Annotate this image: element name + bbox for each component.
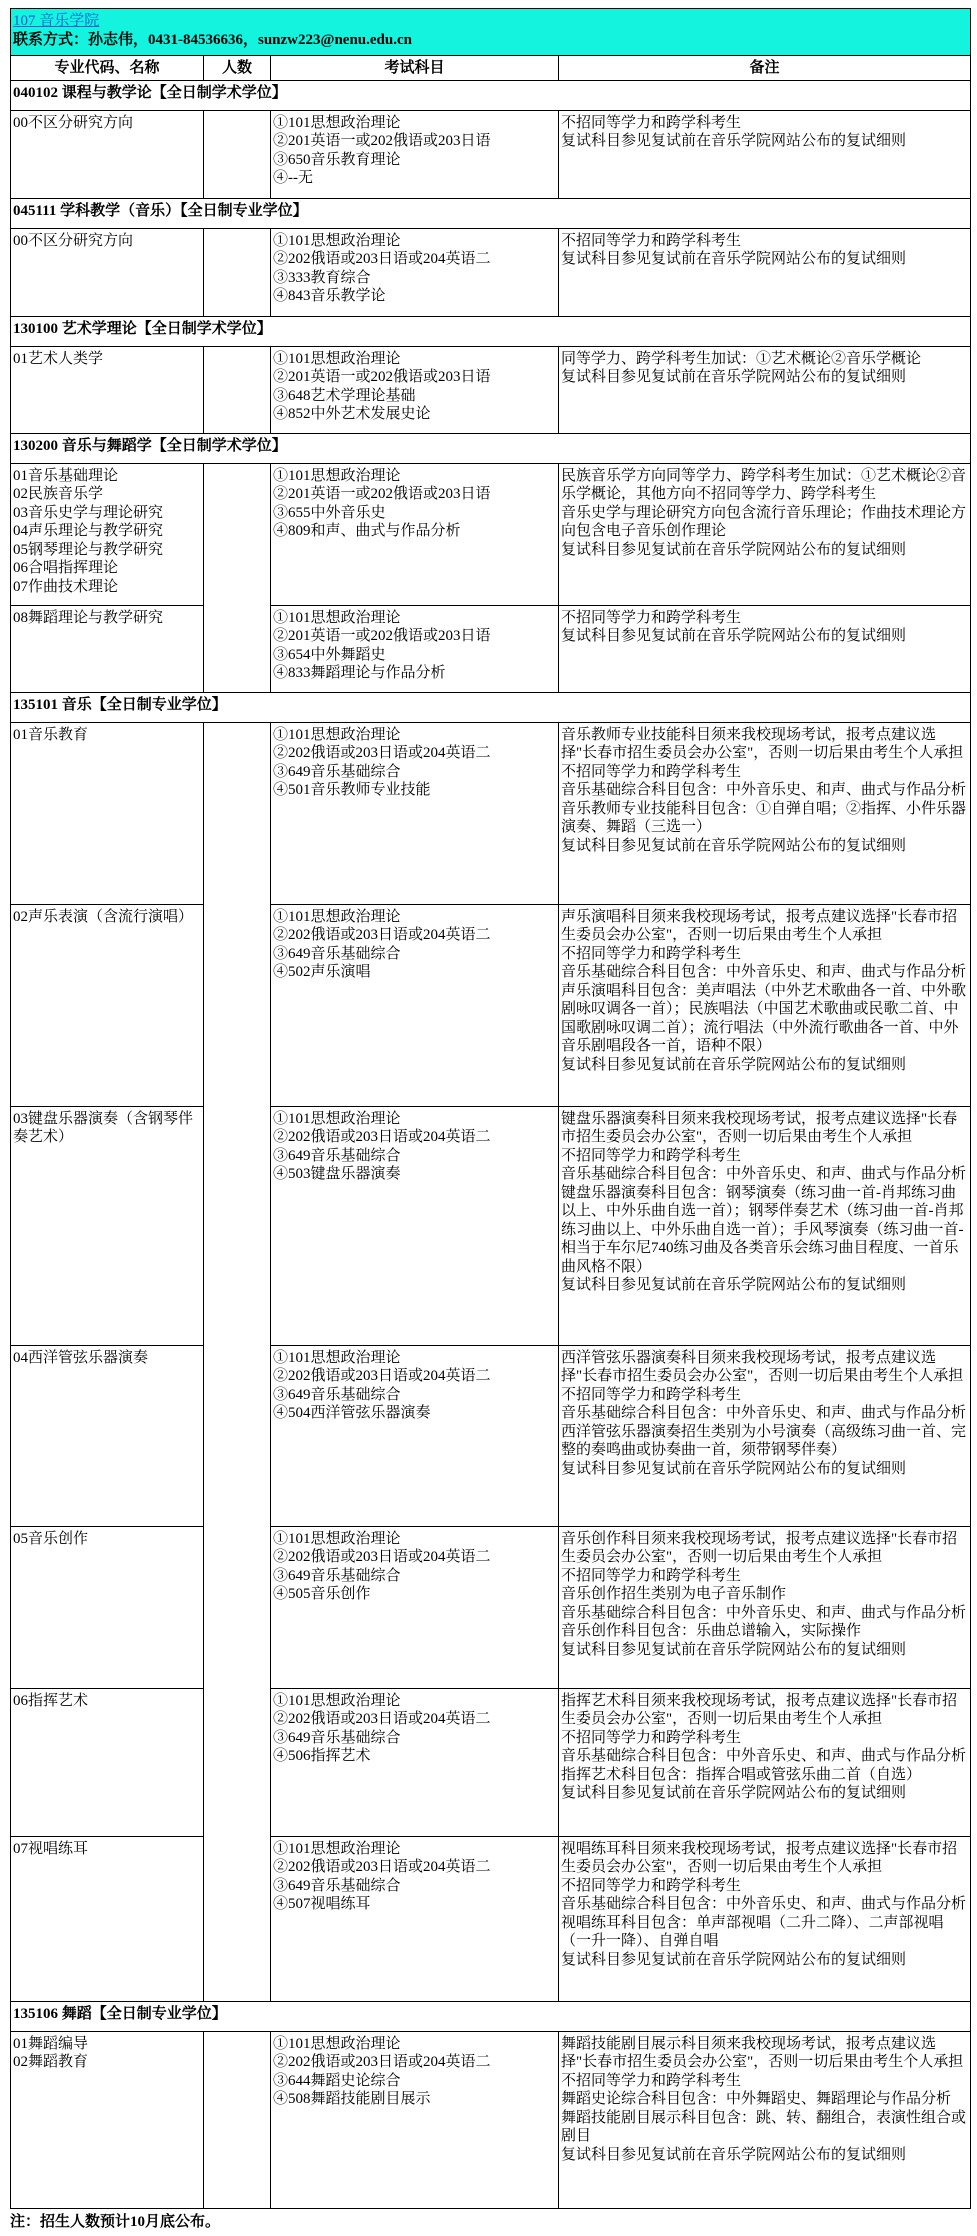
direction-name: 06指挥艺术 (13, 1692, 201, 1711)
major-row: 05音乐创作①101思想政治理论②202俄语或203日语或204英语二③649音… (11, 1526, 971, 1688)
direction-cell: 04西洋管弦乐器演奏 (11, 1345, 204, 1526)
exam-subject: ③649音乐基础综合 (273, 1386, 556, 1405)
section-title: 135101 音乐【全日制专业学位】 (11, 692, 971, 722)
direction-name: 01音乐教育 (13, 726, 201, 745)
exam-subjects-cell: ①101思想政治理论②202俄语或203日语或204英语二③649音乐基础综合④… (271, 1526, 559, 1688)
direction-cell: 01音乐教育 (11, 722, 204, 904)
direction-name: 02民族音乐学 (13, 485, 201, 504)
exam-subjects-cell: ①101思想政治理论②202俄语或203日语或204英语二③644舞蹈史论综合④… (271, 2031, 559, 2208)
notes-cell: 民族音乐学方向同等学力、跨学科考生加试：①艺术概论②音乐学概论，其他方向不招同等… (559, 463, 971, 605)
exam-subject: ②202俄语或203日语或204英语二 (273, 1710, 556, 1729)
enrollment-count-cell (204, 2031, 271, 2208)
exam-subject: ①101思想政治理论 (273, 609, 556, 628)
exam-subject: ③649音乐基础综合 (273, 1729, 556, 1748)
notes-cell: 音乐创作科目须来我校现场考试，报考点建议选择"长春市招生委员会办公室"，否则一切… (559, 1526, 971, 1688)
direction-name: 01艺术人类学 (13, 350, 201, 369)
section-title: 045111 学科教学（音乐）【全日制专业学位】 (11, 198, 971, 228)
note-line: 不招同等学力和跨学科考生 (561, 1567, 968, 1586)
note-line: 指挥艺术科目须来我校现场考试，报考点建议选择"长春市招生委员会办公室"，否则一切… (561, 1692, 968, 1729)
note-line: 不招同等学力和跨学科考生 (561, 763, 968, 782)
exam-subjects-cell: ①101思想政治理论②202俄语或203日语或204英语二③649音乐基础综合④… (271, 1345, 559, 1526)
direction-cell: 01音乐基础理论02民族音乐学03音乐史学与理论研究04声乐理论与教学研究05钢… (11, 463, 204, 605)
exam-subject: ②202俄语或203日语或204英语二 (273, 1128, 556, 1147)
note-line: 不招同等学力和跨学科考生 (561, 945, 968, 964)
section-title: 040102 课程与教学论【全日制学术学位】 (11, 80, 971, 110)
direction-cell: 02声乐表演（含流行演唱） (11, 904, 204, 1106)
exam-subjects-cell: ①101思想政治理论②202俄语或203日语或204英语二③333教育综合④84… (271, 228, 559, 316)
college-link[interactable]: 107 音乐学院 (13, 12, 968, 31)
note-line: 复试科目参见复试前在音乐学院网站公布的复试细则 (561, 1641, 968, 1660)
exam-subject: ④506指挥艺术 (273, 1747, 556, 1766)
exam-subject: ①101思想政治理论 (273, 2035, 556, 2054)
section-header: 135101 音乐【全日制专业学位】 (11, 692, 971, 722)
section-header: 045111 学科教学（音乐）【全日制专业学位】 (11, 198, 971, 228)
major-row: 01音乐教育①101思想政治理论②202俄语或203日语或204英语二③649音… (11, 722, 971, 904)
section-header: 040102 课程与教学论【全日制学术学位】 (11, 80, 971, 110)
exam-subjects-cell: ①101思想政治理论②202俄语或203日语或204英语二③649音乐基础综合④… (271, 1836, 559, 2001)
exam-subject: ④501音乐教师专业技能 (273, 781, 556, 800)
note-line: 音乐教师专业技能科目须来我校现场考试，报考点建议选择"长春市招生委员会办公室"，… (561, 726, 968, 763)
exam-subject: ③655中外音乐史 (273, 504, 556, 523)
direction-cell: 05音乐创作 (11, 1526, 204, 1688)
note-line: 音乐基础综合科目包含：中外音乐史、和声、曲式与作品分析 (561, 963, 968, 982)
note-line: 音乐教师专业技能科目包含：①自弹自唱；②指挥、小件乐器演奏、舞蹈（三选一） (561, 800, 968, 837)
exam-subject: ④--无 (273, 169, 556, 188)
exam-subjects-cell: ①101思想政治理论②201英语一或202俄语或203日语③654中外舞蹈史④8… (271, 605, 559, 692)
note-line: 复试科目参见复试前在音乐学院网站公布的复试细则 (561, 837, 968, 856)
note-line: 复试科目参见复试前在音乐学院网站公布的复试细则 (561, 1951, 968, 1970)
exam-subject: ④809和声、曲式与作品分析 (273, 522, 556, 541)
exam-subjects-cell: ①101思想政治理论②202俄语或203日语或204英语二③649音乐基础综合④… (271, 1688, 559, 1836)
exam-subjects-cell: ①101思想政治理论②201英语一或202俄语或203日语③650音乐教育理论④… (271, 110, 559, 198)
direction-name: 04西洋管弦乐器演奏 (13, 1349, 201, 1368)
note-line: 复试科目参见复试前在音乐学院网站公布的复试细则 (561, 541, 968, 560)
exam-subject: ①101思想政治理论 (273, 114, 556, 133)
exam-subject: ①101思想政治理论 (273, 1530, 556, 1549)
note-line: 音乐创作招生类别为电子音乐制作 (561, 1585, 968, 1604)
exam-subject: ③649音乐基础综合 (273, 945, 556, 964)
direction-name: 02舞蹈教育 (13, 2053, 201, 2072)
direction-name: 03键盘乐器演奏（含钢琴伴奏艺术） (13, 1110, 201, 1147)
exam-subject: ③650音乐教育理论 (273, 151, 556, 170)
note-line: 不招同等学力和跨学科考生 (561, 1877, 968, 1896)
note-line: 键盘乐器演奏科目须来我校现场考试，报考点建议选择"长春市招生委员会办公室"，否则… (561, 1110, 968, 1147)
note-line: 不招同等学力和跨学科考生 (561, 1386, 968, 1405)
exam-subject: ③648艺术学理论基础 (273, 387, 556, 406)
note-line: 音乐创作科目须来我校现场考试，报考点建议选择"长春市招生委员会办公室"，否则一切… (561, 1530, 968, 1567)
exam-subject: ④507视唱练耳 (273, 1895, 556, 1914)
note-line: 复试科目参见复试前在音乐学院网站公布的复试细则 (561, 1276, 968, 1295)
exam-subject: ①101思想政治理论 (273, 1692, 556, 1711)
note-line: 音乐基础综合科目包含：中外音乐史、和声、曲式与作品分析 (561, 1604, 968, 1623)
direction-cell: 08舞蹈理论与教学研究 (11, 605, 204, 692)
major-row: 01舞蹈编导02舞蹈教育①101思想政治理论②202俄语或203日语或204英语… (11, 2031, 971, 2208)
direction-cell: 00不区分研究方向 (11, 110, 204, 198)
notes-cell: 键盘乐器演奏科目须来我校现场考试，报考点建议选择"长春市招生委员会办公室"，否则… (559, 1106, 971, 1345)
exam-subjects-cell: ①101思想政治理论②202俄语或203日语或204英语二③649音乐基础综合④… (271, 1106, 559, 1345)
direction-cell: 06指挥艺术 (11, 1688, 204, 1836)
note-line: 音乐基础综合科目包含：中外音乐史、和声、曲式与作品分析 (561, 1895, 968, 1914)
note-line: 视唱练耳科目须来我校现场考试，报考点建议选择"长春市招生委员会办公室"，否则一切… (561, 1840, 968, 1877)
column-header-subjects: 考试科目 (271, 56, 559, 81)
note-line: 指挥艺术科目包含：指挥合唱或管弦乐曲二首（自选） (561, 1766, 968, 1785)
note-line: 复试科目参见复试前在音乐学院网站公布的复试细则 (561, 1460, 968, 1479)
section-header: 135106 舞蹈【全日制专业学位】 (11, 2001, 971, 2031)
exam-subjects-cell: ①101思想政治理论②201英语一或202俄语或203日语③648艺术学理论基础… (271, 346, 559, 433)
note-line: 复试科目参见复试前在音乐学院网站公布的复试细则 (561, 132, 968, 151)
exam-subject: ①101思想政治理论 (273, 232, 556, 251)
note-line: 音乐基础综合科目包含：中外音乐史、和声、曲式与作品分析 (561, 1404, 968, 1423)
direction-name: 01音乐基础理论 (13, 467, 201, 486)
exam-subject: ①101思想政治理论 (273, 908, 556, 927)
enrollment-count-cell (204, 722, 271, 2001)
section-title: 135106 舞蹈【全日制专业学位】 (11, 2001, 971, 2031)
exam-subject: ②201英语一或202俄语或203日语 (273, 485, 556, 504)
note-line: 不招同等学力和跨学科考生 (561, 1729, 968, 1748)
note-line: 舞蹈史论综合科目包含：中外舞蹈史、舞蹈理论与作品分析 (561, 2090, 968, 2109)
direction-name: 07视唱练耳 (13, 1840, 201, 1859)
exam-subject: ①101思想政治理论 (273, 726, 556, 745)
exam-subject: ③649音乐基础综合 (273, 1877, 556, 1896)
exam-subject: ④852中外艺术发展史论 (273, 405, 556, 424)
note-line: 西洋管弦乐器演奏招生类别为小号演奏（高级练习曲一首、完整的奏鸣曲或协奏曲一首，须… (561, 1423, 968, 1460)
note-line: 西洋管弦乐器演奏科目须来我校现场考试，报考点建议选择"长春市招生委员会办公室"，… (561, 1349, 968, 1386)
major-row: 01音乐基础理论02民族音乐学03音乐史学与理论研究04声乐理论与教学研究05钢… (11, 463, 971, 605)
notes-cell: 音乐教师专业技能科目须来我校现场考试，报考点建议选择"长春市招生委员会办公室"，… (559, 722, 971, 904)
column-header-notes: 备注 (559, 56, 971, 81)
notes-cell: 不招同等学力和跨学科考生复试科目参见复试前在音乐学院网站公布的复试细则 (559, 228, 971, 316)
notes-cell: 同等学力、跨学科考生加试：①艺术概论②音乐学概论复试科目参见复试前在音乐学院网站… (559, 346, 971, 433)
direction-name: 02声乐表演（含流行演唱） (13, 908, 201, 927)
major-row: 01艺术人类学①101思想政治理论②201英语一或202俄语或203日语③648… (11, 346, 971, 433)
note-line: 视唱练耳科目包含：单声部视唱（二升二降）、二声部视唱（一升一降）、自弹自唱 (561, 1914, 968, 1951)
direction-name: 08舞蹈理论与教学研究 (13, 609, 201, 628)
exam-subject: ③649音乐基础综合 (273, 1567, 556, 1586)
major-row: 04西洋管弦乐器演奏①101思想政治理论②202俄语或203日语或204英语二③… (11, 1345, 971, 1526)
college-header: 107 音乐学院 联系方式：孙志伟，0431-84536636，sunzw223… (11, 9, 971, 56)
note-line: 键盘乐器演奏科目包含：钢琴演奏（练习曲一首-肖邦练习曲以上、中外乐曲自选一首）；… (561, 1184, 968, 1277)
exam-subject: ②202俄语或203日语或204英语二 (273, 926, 556, 945)
exam-subjects-cell: ①101思想政治理论②201英语一或202俄语或203日语③655中外音乐史④8… (271, 463, 559, 605)
exam-subject: ③644舞蹈史论综合 (273, 2072, 556, 2091)
direction-name: 03音乐史学与理论研究 (13, 504, 201, 523)
exam-subject: ②202俄语或203日语或204英语二 (273, 744, 556, 763)
note-line: 音乐史学与理论研究方向包含流行音乐理论；作曲技术理论方向包含电子音乐创作理论 (561, 504, 968, 541)
note-line: 复试科目参见复试前在音乐学院网站公布的复试细则 (561, 250, 968, 269)
column-header-row: 专业代码、名称 人数 考试科目 备注 (11, 56, 971, 81)
major-row: 08舞蹈理论与教学研究①101思想政治理论②201英语一或202俄语或203日语… (11, 605, 971, 692)
exam-subject: ④843音乐教学论 (273, 287, 556, 306)
exam-subject: ④508舞蹈技能剧目展示 (273, 2090, 556, 2109)
section-header: 130100 艺术学理论【全日制学术学位】 (11, 316, 971, 346)
exam-subject: ④502声乐演唱 (273, 963, 556, 982)
exam-subject: ②202俄语或203日语或204英语二 (273, 1858, 556, 1877)
direction-name: 05钢琴理论与教学研究 (13, 541, 201, 560)
direction-name: 01舞蹈编导 (13, 2035, 201, 2054)
note-line: 不招同等学力和跨学科考生 (561, 2072, 968, 2091)
notes-cell: 舞蹈技能剧目展示科目须来我校现场考试，报考点建议选择"长春市招生委员会办公室"，… (559, 2031, 971, 2208)
major-row: 00不区分研究方向①101思想政治理论②201英语一或202俄语或203日语③6… (11, 110, 971, 198)
exam-subject: ①101思想政治理论 (273, 1840, 556, 1859)
exam-subject: ②201英语一或202俄语或203日语 (273, 132, 556, 151)
exam-subject: ④505音乐创作 (273, 1585, 556, 1604)
exam-subject: ②202俄语或203日语或204英语二 (273, 2053, 556, 2072)
note-line: 不招同等学力和跨学科考生 (561, 609, 968, 628)
column-header-count: 人数 (204, 56, 271, 81)
major-row: 03键盘乐器演奏（含钢琴伴奏艺术）①101思想政治理论②202俄语或203日语或… (11, 1106, 971, 1345)
exam-subject: ①101思想政治理论 (273, 350, 556, 369)
exam-subjects-cell: ①101思想政治理论②202俄语或203日语或204英语二③649音乐基础综合④… (271, 722, 559, 904)
section-header: 130200 音乐与舞蹈学【全日制学术学位】 (11, 433, 971, 463)
exam-subject: ①101思想政治理论 (273, 1110, 556, 1129)
note-line: 声乐演唱科目须来我校现场考试，报考点建议选择"长春市招生委员会办公室"，否则一切… (561, 908, 968, 945)
exam-subject: ②201英语一或202俄语或203日语 (273, 627, 556, 646)
notes-cell: 不招同等学力和跨学科考生复试科目参见复试前在音乐学院网站公布的复试细则 (559, 110, 971, 198)
direction-cell: 01舞蹈编导02舞蹈教育 (11, 2031, 204, 2208)
note-line: 音乐基础综合科目包含：中外音乐史、和声、曲式与作品分析 (561, 1165, 968, 1184)
direction-name: 00不区分研究方向 (13, 114, 201, 133)
notes-cell: 不招同等学力和跨学科考生复试科目参见复试前在音乐学院网站公布的复试细则 (559, 605, 971, 692)
note-line: 复试科目参见复试前在音乐学院网站公布的复试细则 (561, 1784, 968, 1803)
exam-subject: ④504西洋管弦乐器演奏 (273, 1404, 556, 1423)
footnote: 注：招生人数预计10月底公布。 (10, 2212, 220, 2232)
note-line: 同等学力、跨学科考生加试：①艺术概论②音乐学概论 (561, 350, 968, 369)
note-line: 音乐基础综合科目包含：中外音乐史、和声、曲式与作品分析 (561, 781, 968, 800)
exam-subject: ②202俄语或203日语或204英语二 (273, 1367, 556, 1386)
direction-name: 06合唱指挥理论 (13, 559, 201, 578)
exam-subjects-cell: ①101思想政治理论②202俄语或203日语或204英语二③649音乐基础综合④… (271, 904, 559, 1106)
direction-cell: 03键盘乐器演奏（含钢琴伴奏艺术） (11, 1106, 204, 1345)
exam-subject: ④503键盘乐器演奏 (273, 1165, 556, 1184)
notes-cell: 指挥艺术科目须来我校现场考试，报考点建议选择"长春市招生委员会办公室"，否则一切… (559, 1688, 971, 1836)
contact-info: 联系方式：孙志伟，0431-84536636，sunzw223@nenu.edu… (13, 31, 968, 50)
note-line: 复试科目参见复试前在音乐学院网站公布的复试细则 (561, 1056, 968, 1075)
notes-cell: 视唱练耳科目须来我校现场考试，报考点建议选择"长春市招生委员会办公室"，否则一切… (559, 1836, 971, 2001)
note-line: 民族音乐学方向同等学力、跨学科考生加试：①艺术概论②音乐学概论，其他方向不招同等… (561, 467, 968, 504)
direction-name: 05音乐创作 (13, 1530, 201, 1549)
exam-subject: ③654中外舞蹈史 (273, 646, 556, 665)
notes-cell: 西洋管弦乐器演奏科目须来我校现场考试，报考点建议选择"长春市招生委员会办公室"，… (559, 1345, 971, 1526)
exam-subject: ④833舞蹈理论与作品分析 (273, 664, 556, 683)
section-title: 130200 音乐与舞蹈学【全日制学术学位】 (11, 433, 971, 463)
enrollment-count-cell (204, 346, 271, 433)
enrollment-count-cell (204, 463, 271, 692)
major-row: 02声乐表演（含流行演唱）①101思想政治理论②202俄语或203日语或204英… (11, 904, 971, 1106)
note-line: 声乐演唱科目包含：美声唱法（中外艺术歌曲各一首、中外歌剧咏叹调各一首）；民族唱法… (561, 982, 968, 1056)
note-line: 不招同等学力和跨学科考生 (561, 1147, 968, 1166)
notes-cell: 声乐演唱科目须来我校现场考试，报考点建议选择"长春市招生委员会办公室"，否则一切… (559, 904, 971, 1106)
direction-cell: 00不区分研究方向 (11, 228, 204, 316)
exam-subject: ①101思想政治理论 (273, 1349, 556, 1368)
note-line: 复试科目参见复试前在音乐学院网站公布的复试细则 (561, 2146, 968, 2165)
note-line: 复试科目参见复试前在音乐学院网站公布的复试细则 (561, 627, 968, 646)
catalog-container: 107 音乐学院 联系方式：孙志伟，0431-84536636，sunzw223… (10, 8, 970, 2209)
enrollment-count-cell (204, 228, 271, 316)
note-line: 舞蹈技能剧目展示科目包含：跳、转、翻组合，表演性组合或剧目 (561, 2109, 968, 2146)
exam-subject: ①101思想政治理论 (273, 467, 556, 486)
major-row: 06指挥艺术①101思想政治理论②202俄语或203日语或204英语二③649音… (11, 1688, 971, 1836)
exam-subject: ③649音乐基础综合 (273, 1147, 556, 1166)
direction-name: 07作曲技术理论 (13, 578, 201, 597)
direction-name: 04声乐理论与教学研究 (13, 522, 201, 541)
direction-cell: 07视唱练耳 (11, 1836, 204, 2001)
column-header-major: 专业代码、名称 (11, 56, 204, 81)
note-line: 音乐基础综合科目包含：中外音乐史、和声、曲式与作品分析 (561, 1747, 968, 1766)
direction-name: 00不区分研究方向 (13, 232, 201, 251)
major-row: 07视唱练耳①101思想政治理论②202俄语或203日语或204英语二③649音… (11, 1836, 971, 2001)
note-line: 音乐创作科目包含：乐曲总谱输入，实际操作 (561, 1622, 968, 1641)
note-line: 不招同等学力和跨学科考生 (561, 232, 968, 251)
exam-subject: ③333教育综合 (273, 269, 556, 288)
exam-subject: ②201英语一或202俄语或203日语 (273, 368, 556, 387)
direction-cell: 01艺术人类学 (11, 346, 204, 433)
note-line: 不招同等学力和跨学科考生 (561, 114, 968, 133)
major-row: 00不区分研究方向①101思想政治理论②202俄语或203日语或204英语二③3… (11, 228, 971, 316)
exam-subject: ③649音乐基础综合 (273, 763, 556, 782)
note-line: 复试科目参见复试前在音乐学院网站公布的复试细则 (561, 368, 968, 387)
admissions-table: 107 音乐学院 联系方式：孙志伟，0431-84536636，sunzw223… (10, 8, 971, 2209)
exam-subject: ②202俄语或203日语或204英语二 (273, 250, 556, 269)
note-line: 舞蹈技能剧目展示科目须来我校现场考试，报考点建议选择"长春市招生委员会办公室"，… (561, 2035, 968, 2072)
section-title: 130100 艺术学理论【全日制学术学位】 (11, 316, 971, 346)
enrollment-count-cell (204, 110, 271, 198)
exam-subject: ②202俄语或203日语或204英语二 (273, 1548, 556, 1567)
